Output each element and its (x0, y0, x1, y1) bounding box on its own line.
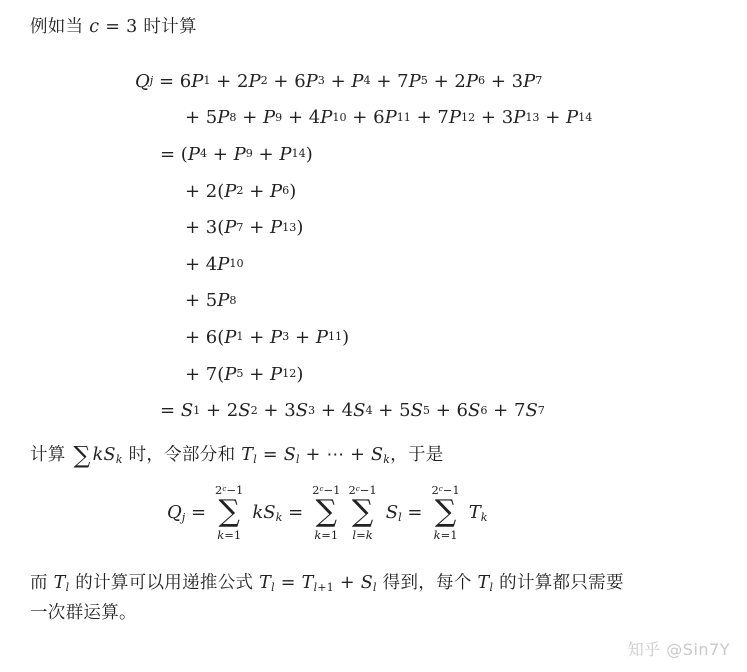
equation-line: + 2(P2 + P6) (135, 173, 592, 210)
equation-line: = S1 + 2S2 + 3S3 + 4S4 + 5S5 + 6S6 + 7S7 (135, 392, 592, 429)
equation-line: + 5P8 (135, 283, 592, 320)
sum-lower-limit: k=1 (314, 529, 338, 542)
watermark: 知乎 @Sin7Y (628, 637, 730, 660)
sum-lower-limit: k=1 (217, 529, 241, 542)
closing-paragraph: 而 Tl 的计算可以用递推公式 Tl = Tl+1 + Sl 得到，每个 Tl … (30, 568, 624, 628)
sum-lower-limit: k=1 (434, 529, 458, 542)
equation-line: + 7(P5 + P12) (135, 356, 592, 393)
sum-lower-limit: l=k (352, 529, 372, 542)
sigma-icon: ∑ (218, 497, 239, 529)
equation-line: Qj = 6P1 + 2P2 + 6P3 + P4 + 7P5 + 2P6 + … (135, 63, 592, 100)
sum-eq-mid2: Sl = (381, 502, 428, 523)
article-page: 例如当 c = 3 时计算 Qj = 6P1 + 2P2 + 6P3 + P4 … (0, 0, 747, 672)
sum-eq-lead: Qj = (162, 502, 211, 523)
equation-line: = (P4 + P9 + P14) (135, 136, 592, 173)
equation-block: Qj = 6P1 + 2P2 + 6P3 + P4 + 7P5 + 2P6 + … (135, 63, 592, 429)
sum-eq-mid1: kSk = (247, 502, 308, 523)
closing-line-1: 而 Tl 的计算可以用递推公式 Tl = Tl+1 + Sl 得到，每个 Tl … (30, 568, 624, 598)
sigma-sum-1: 2c−1 ∑ k=1 (211, 484, 247, 542)
equation-line: + 3(P7 + P13) (135, 209, 592, 246)
intro-text: 例如当 c = 3 时计算 (30, 13, 197, 38)
equation-line: + 4P10 (135, 246, 592, 283)
equation-line: + 5P8 + P9 + 4P10 + 6P11 + 7P12 + 3P13 +… (135, 100, 592, 137)
equation-line: + 6(P1 + P3 + P11) (135, 319, 592, 356)
sigma-sum-3: 2c−1 ∑ l=k (344, 484, 380, 542)
sum-equation: Qj = 2c−1 ∑ k=1 kSk = 2c−1 ∑ k=1 2c−1 ∑ … (162, 484, 493, 542)
sum-eq-tail: Tk (464, 502, 493, 523)
sigma-icon: ∑ (435, 497, 456, 529)
partial-sum-text: 计算 ∑kSk 时，令部分和 Tl = Sl + ⋯ + Sk，于是 (30, 441, 444, 466)
sigma-icon: ∑ (316, 497, 337, 529)
sigma-icon: ∑ (352, 497, 373, 529)
sigma-sum-4: 2c−1 ∑ k=1 (427, 484, 463, 542)
sigma-sum-2: 2c−1 ∑ k=1 (308, 484, 344, 542)
closing-line-2: 一次群运算。 (30, 598, 624, 628)
